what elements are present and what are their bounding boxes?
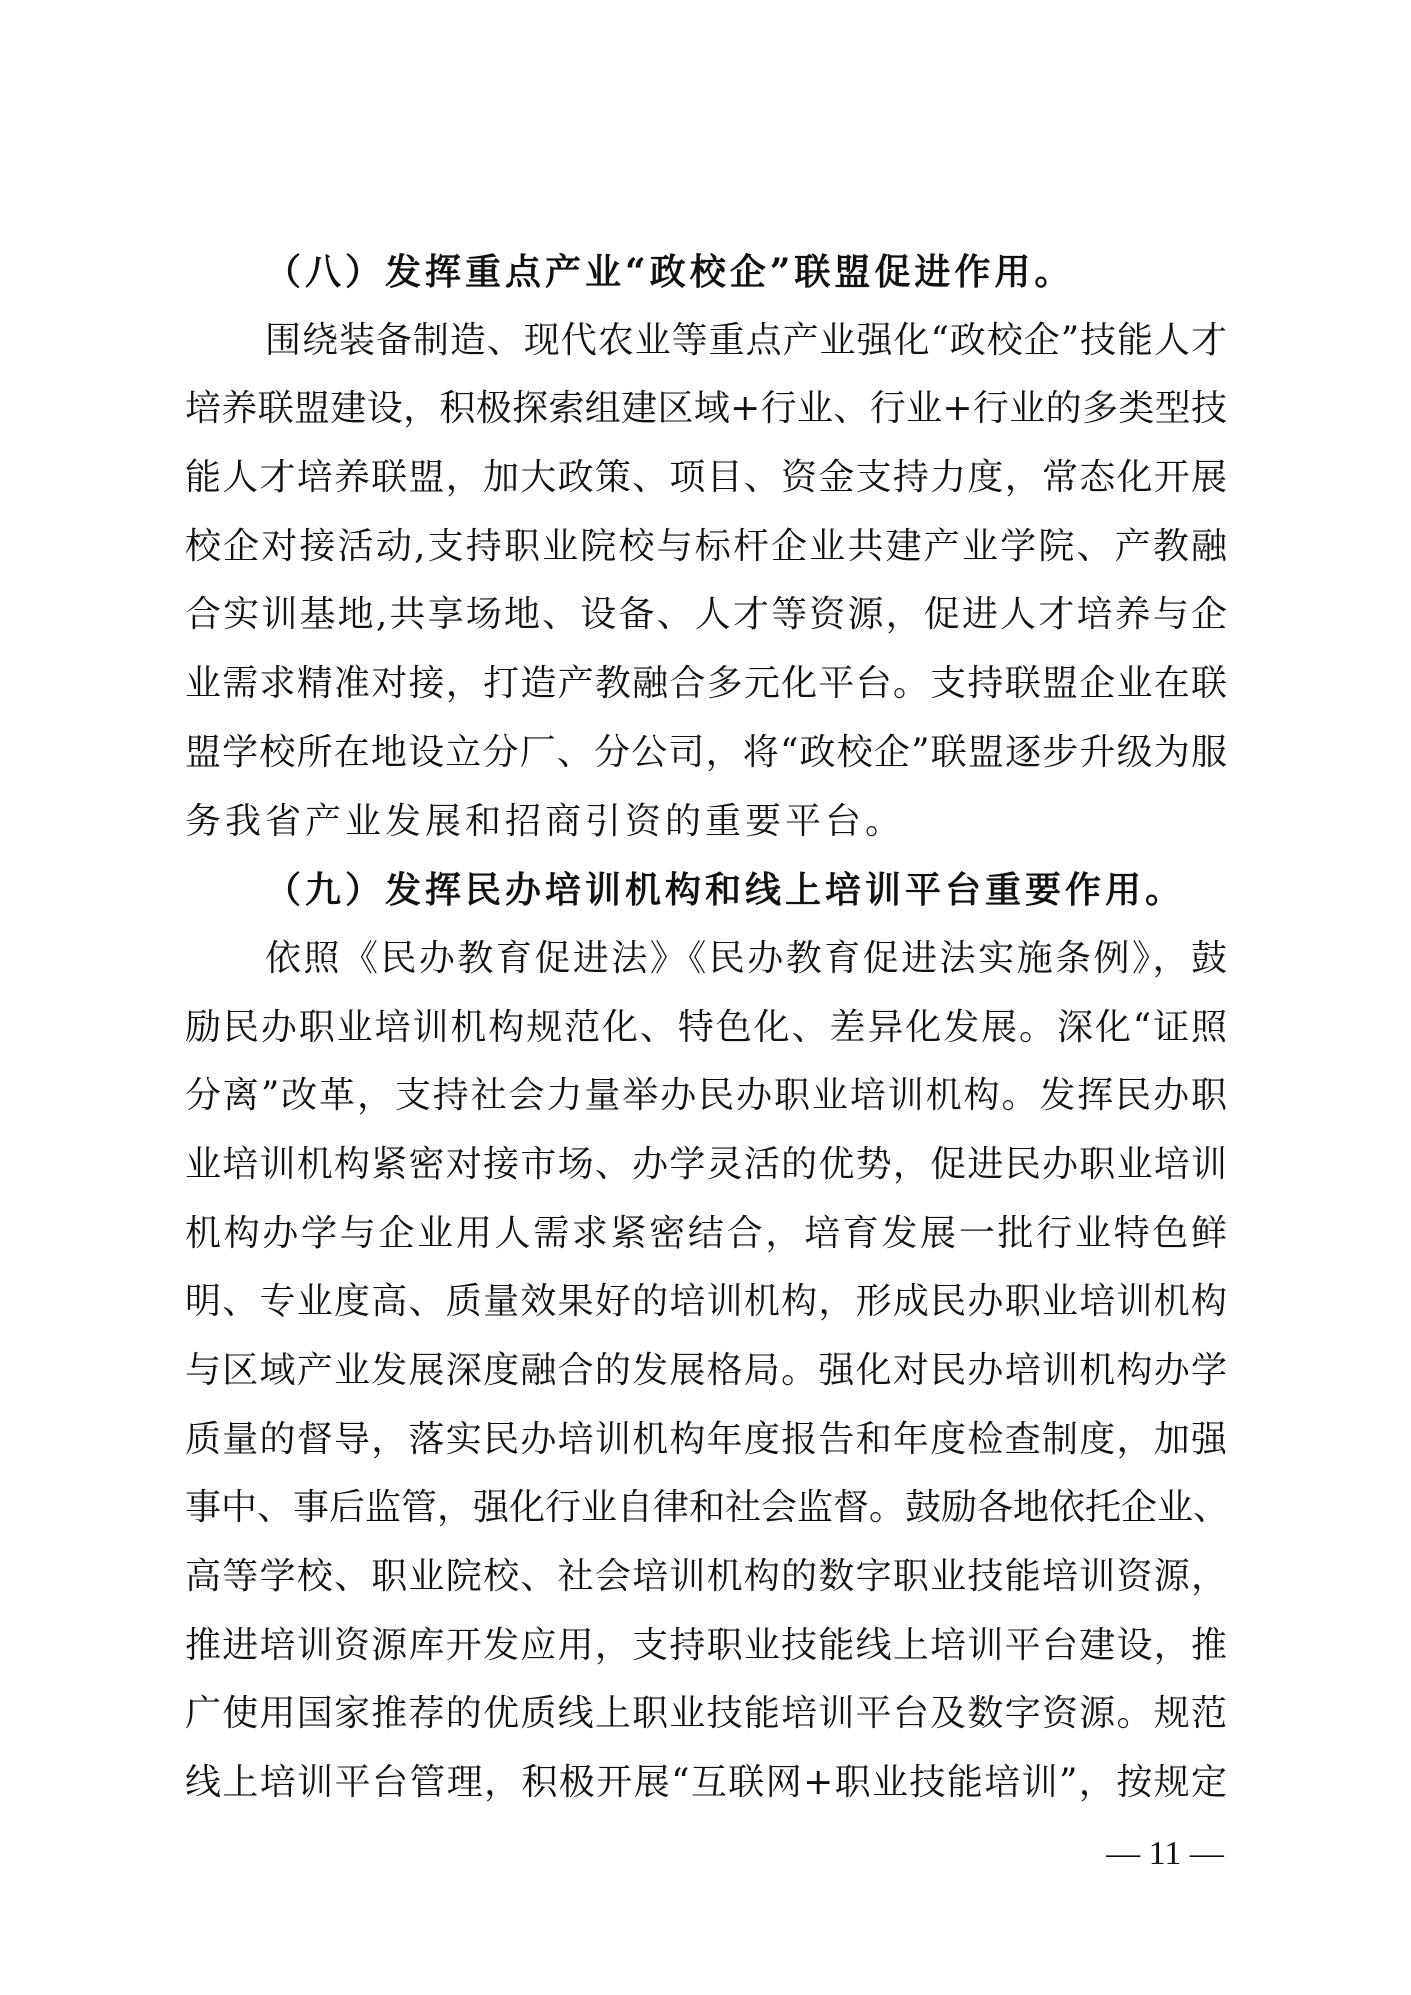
- paragraph-line: 推进培训资源库开发应用，支持职业技能线上培训平台建设，推: [185, 1612, 1227, 1681]
- paragraph-line: 合实训基地,共享场地、设备、人才等资源，促进人才培养与企: [185, 581, 1227, 650]
- paragraph-line: 务我省产业发展和招商引资的重要平台。: [185, 788, 1227, 857]
- paragraph-line: 培养联盟建设，积极探索组建区域+行业、行业+行业的多类型技: [185, 375, 1227, 444]
- paragraph-line: 广使用国家推荐的优质线上职业技能培训平台及数字资源。规范: [185, 1680, 1227, 1749]
- section-heading-9: （九）发挥民办培训机构和线上培训平台重要作用。: [185, 856, 1227, 925]
- paragraph-line: 业培训机构紧密对接市场、办学灵活的优势，促进民办职业培训: [185, 1131, 1227, 1200]
- paragraph-line: 明、专业度高、质量效果好的培训机构，形成民办职业培训机构: [185, 1268, 1227, 1337]
- paragraph-line: 事中、事后监管，强化行业自律和社会监督。鼓励各地依托企业、: [185, 1474, 1227, 1543]
- paragraph-line: 与区域产业发展深度融合的发展格局。强化对民办培训机构办学: [185, 1337, 1227, 1406]
- paragraph-line: 盟学校所在地设立分厂、分公司，将“政校企”联盟逐步升级为服: [185, 719, 1227, 788]
- paragraph-line: 依照《民办教育促进法》《民办教育促进法实施条例》，鼓: [185, 925, 1227, 994]
- paragraph-line: 业需求精准对接，打造产教融合多元化平台。支持联盟企业在联: [185, 650, 1227, 719]
- paragraph-line: 质量的督导，落实民办培训机构年度报告和年度检查制度，加强: [185, 1406, 1227, 1475]
- paragraph-line: 高等学校、职业院校、社会培训机构的数字职业技能培训资源，: [185, 1543, 1227, 1612]
- paragraph-line: 线上培训平台管理，积极开展“互联网+职业技能培训”，按规定: [185, 1749, 1227, 1818]
- document-body: （八）发挥重点产业“政校企”联盟促进作用。 围绕装备制造、现代农业等重点产业强化…: [185, 238, 1227, 1818]
- paragraph-line: 励民办职业培训机构规范化、特色化、差异化发展。深化“证照: [185, 994, 1227, 1063]
- page-number: — 11 —: [1090, 1832, 1240, 1876]
- paragraph-line: 围绕装备制造、现代农业等重点产业强化“政校企”技能人才: [185, 307, 1227, 376]
- document-page: （八）发挥重点产业“政校企”联盟促进作用。 围绕装备制造、现代农业等重点产业强化…: [0, 0, 1411, 1995]
- paragraph-line: 机构办学与企业用人需求紧密结合，培育发展一批行业特色鲜: [185, 1200, 1227, 1269]
- paragraph-line: 分离”改革，支持社会力量举办民办职业培训机构。发挥民办职: [185, 1062, 1227, 1131]
- section-heading-8: （八）发挥重点产业“政校企”联盟促进作用。: [185, 238, 1227, 307]
- paragraph-line: 校企对接活动,支持职业院校与标杆企业共建产业学院、产教融: [185, 513, 1227, 582]
- paragraph-line: 能人才培养联盟，加大政策、项目、资金支持力度，常态化开展: [185, 444, 1227, 513]
